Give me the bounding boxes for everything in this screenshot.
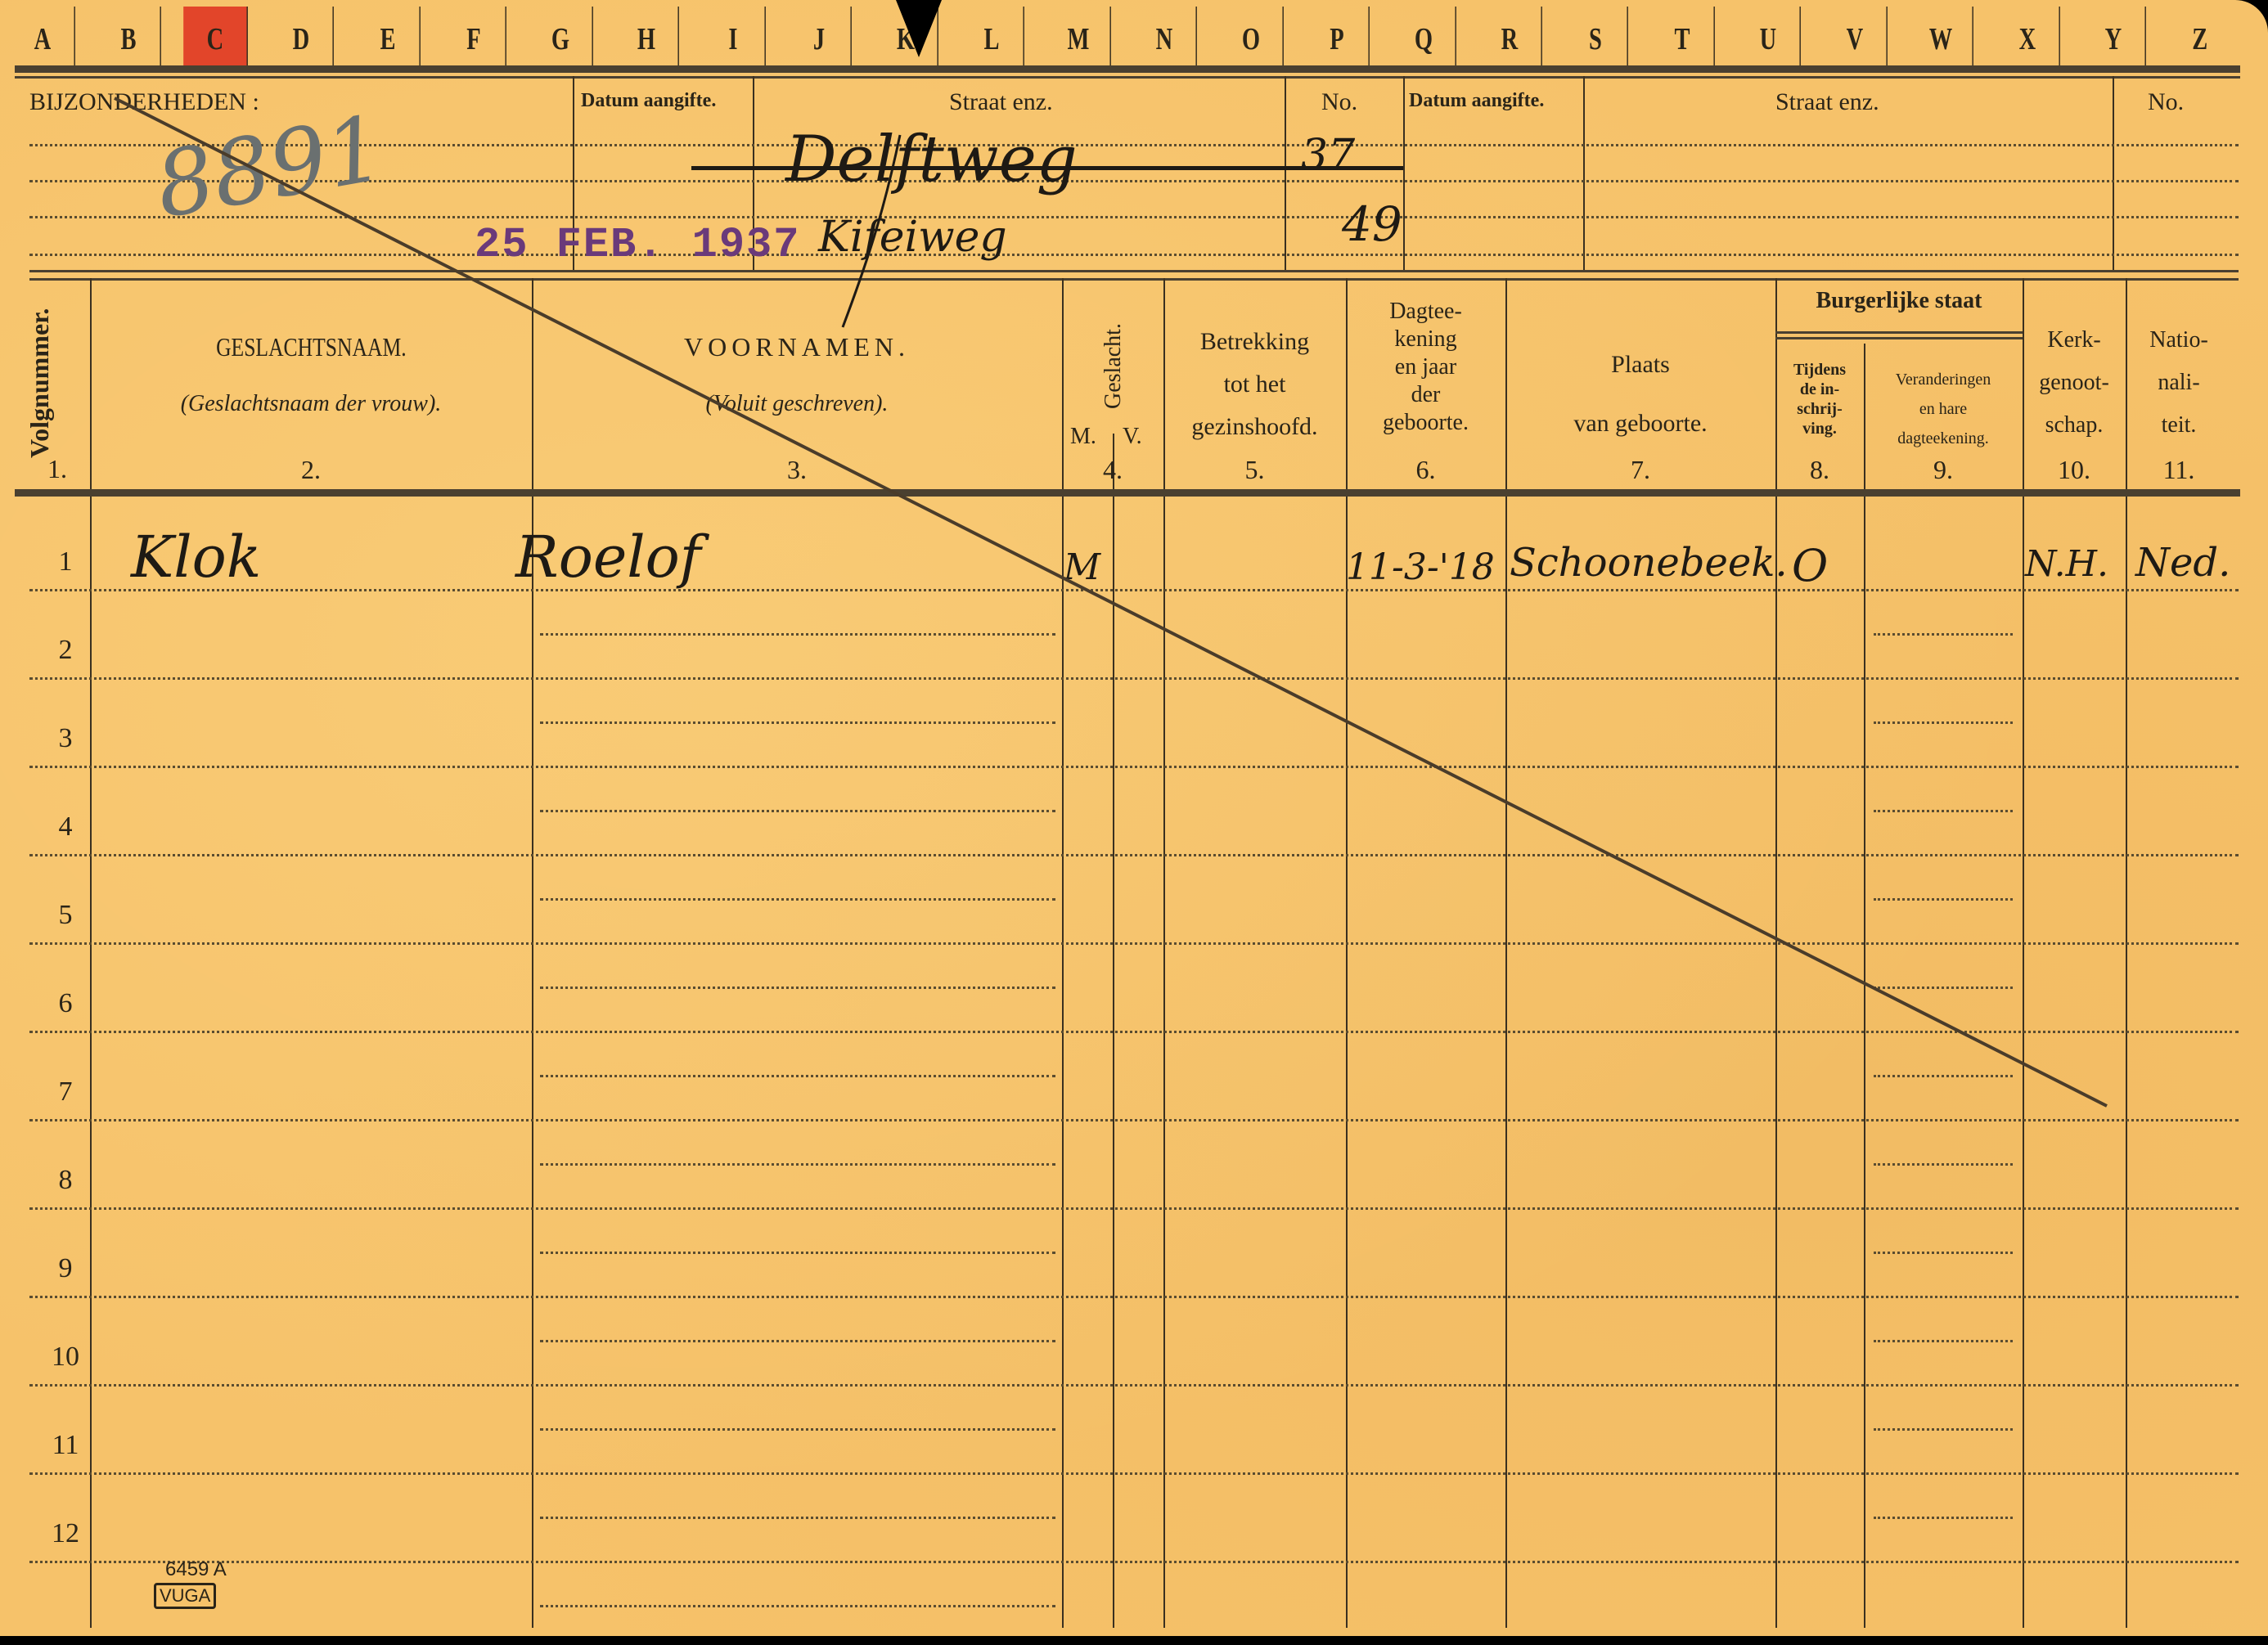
column-header-kerkgenootschap: Kerk-genoot-schap.	[2023, 319, 2126, 447]
half-row-line	[1874, 721, 2013, 724]
half-row-line	[540, 898, 1055, 901]
tab-s[interactable]: S	[1564, 7, 1629, 72]
tab-h[interactable]: H	[614, 7, 679, 72]
row-line	[29, 1296, 2239, 1298]
row-line	[29, 589, 2239, 591]
street-entry-1-struck: Delftweg	[785, 123, 1078, 196]
cell-kerkgenootschap: N.H.	[2025, 543, 2108, 585]
column-number-7: 7.	[1505, 455, 1775, 485]
row-number: 5	[49, 900, 82, 931]
half-row-line	[1874, 1075, 2013, 1077]
half-row-line	[1874, 1163, 2013, 1166]
row-number: 12	[49, 1518, 82, 1549]
row-number: 7	[49, 1076, 82, 1108]
datum-aangifte-label-left: Datum aangifte.	[581, 90, 716, 112]
cell-nationaliteit: Ned.	[2135, 540, 2230, 586]
cancellation-line	[0, 0, 2268, 1645]
row-line	[29, 1031, 2239, 1033]
row-line	[29, 1119, 2239, 1121]
row-number: 3	[49, 723, 82, 754]
column-subheader-voornamen: (Voluit geschreven).	[532, 391, 1062, 417]
tab-q[interactable]: Q	[1392, 7, 1456, 72]
cell-burgerlijke-staat: O	[1792, 540, 1828, 591]
divider	[1583, 76, 1585, 272]
tab-notch-marker-icon	[896, 0, 942, 57]
divider	[1775, 337, 2023, 339]
tab-f[interactable]: F	[443, 7, 507, 72]
row-line	[29, 942, 2239, 945]
publisher-mark: VUGA	[154, 1583, 216, 1609]
half-row-line	[1874, 633, 2013, 636]
column-number-8: 8.	[1775, 455, 1864, 485]
column-header-nationaliteit: Natio-nali-teit.	[2126, 319, 2232, 447]
register-card: A B C D E F G H I J K L M N O P Q R S T …	[0, 0, 2268, 1636]
cell-geboorteplaats: Schoonebeek.	[1510, 540, 1788, 586]
column-header-geslachtsnaam: GESLACHTSNAAM.	[90, 332, 532, 362]
house-number-entry-1: 37	[1301, 131, 1355, 180]
tab-g[interactable]: G	[529, 7, 593, 72]
column-number-10: 10.	[2023, 455, 2126, 485]
tab-n[interactable]: N	[1132, 7, 1197, 72]
half-row-line	[540, 633, 1055, 636]
tab-m[interactable]: M	[1046, 7, 1111, 72]
column-header-geslacht: Geslacht.	[1100, 323, 1127, 409]
cell-geslacht: M	[1064, 546, 1100, 588]
column-number-2: 2.	[90, 455, 532, 485]
row-line	[29, 1207, 2239, 1210]
column-subheader-geslachtsnaam: (Geslachtsnaam der vrouw).	[90, 391, 532, 417]
form-number: 6459 A	[165, 1558, 227, 1581]
column-header-tijdens-inschrijving: Tijdensde in-schrij-ving.	[1775, 360, 1864, 438]
tab-r[interactable]: R	[1478, 7, 1542, 72]
half-row-line	[540, 1075, 1055, 1077]
column-divider	[1864, 344, 1865, 1628]
half-row-line	[540, 987, 1055, 989]
tab-j[interactable]: J	[787, 7, 852, 72]
half-row-line	[540, 1163, 1055, 1166]
no-label-right: No.	[2148, 88, 2184, 116]
row-line	[29, 854, 2239, 856]
alphabet-tab-strip: A B C D E F G H I J K L M N O P Q R S T …	[0, 7, 2242, 72]
datum-aangifte-label-right: Datum aangifte.	[1409, 90, 1544, 112]
tab-p[interactable]: P	[1305, 7, 1370, 72]
row-number: 10	[49, 1342, 82, 1373]
row-number: 1	[49, 546, 82, 578]
house-number-entry-2: 49	[1342, 196, 1402, 252]
tab-a[interactable]: A	[11, 7, 75, 72]
no-label-left: No.	[1321, 88, 1357, 116]
tab-u[interactable]: U	[1737, 7, 1802, 72]
column-number-6: 6.	[1346, 455, 1505, 485]
half-row-line	[540, 721, 1055, 724]
half-row-line	[1874, 1428, 2013, 1431]
half-row-line	[1874, 810, 2013, 812]
bijzonderheden-label: BIJZONDERHEDEN :	[29, 88, 259, 116]
row-number: 6	[49, 988, 82, 1019]
row-line	[29, 766, 2239, 768]
column-header-veranderingen: Veranderingenen haredagteekening.	[1864, 365, 2023, 453]
straat-label-left: Straat enz.	[949, 88, 1053, 116]
tab-v[interactable]: V	[1823, 7, 1888, 72]
row-number: 9	[49, 1253, 82, 1284]
half-row-line	[1874, 987, 2013, 989]
dotted-line	[29, 254, 2239, 256]
divider	[1285, 76, 1286, 272]
column-number-9: 9.	[1864, 455, 2023, 485]
half-row-line	[540, 1605, 1055, 1607]
straat-label-right: Straat enz.	[1775, 88, 1879, 116]
row-number: 11	[49, 1430, 82, 1461]
row-line	[29, 1472, 2239, 1475]
divider	[1775, 331, 2023, 334]
half-row-line	[1874, 1340, 2013, 1342]
divider	[15, 76, 2240, 79]
cell-voornamen: Roelof	[515, 524, 701, 591]
tab-y[interactable]: Y	[2081, 7, 2146, 72]
dotted-line	[29, 216, 2239, 218]
column-header-betrekking: Betrekkingtot hetgezinshoofd.	[1163, 321, 1346, 448]
divider	[2113, 76, 2114, 272]
tab-i[interactable]: I	[701, 7, 766, 72]
column-header-voornamen: VOORNAMEN.	[532, 332, 1062, 362]
tab-c-highlighted[interactable]: C	[183, 7, 248, 72]
column-number-3: 3.	[532, 455, 1062, 485]
column-number-1: 1.	[47, 454, 67, 484]
strikethrough	[691, 166, 1403, 170]
half-row-line	[540, 1340, 1055, 1342]
tab-z[interactable]: Z	[2168, 7, 2232, 72]
geslacht-m-label: M.	[1070, 424, 1096, 450]
column-header-volgnummer: Volgnummer.	[25, 308, 55, 458]
half-row-line	[1874, 1517, 2013, 1519]
cell-geboortedatum: 11-3-'18	[1346, 546, 1495, 588]
half-row-line	[540, 1252, 1055, 1254]
column-number-11: 11.	[2126, 455, 2232, 485]
column-header-dagteekening: Dagtee-keningen jaardergeboorte.	[1346, 298, 1505, 437]
cell-geslachtsnaam: Klok	[131, 524, 261, 591]
date-stamp: 25 FEB. 1937	[475, 221, 800, 269]
tab-x[interactable]: X	[1996, 7, 2060, 72]
tab-o[interactable]: O	[1219, 7, 1284, 72]
tab-t[interactable]: T	[1650, 7, 1715, 72]
half-row-line	[540, 1428, 1055, 1431]
divider	[15, 489, 2240, 497]
divider	[1403, 76, 1405, 272]
row-line	[29, 677, 2239, 680]
divider	[29, 270, 2239, 272]
divider	[15, 65, 2240, 73]
half-row-line	[1874, 1252, 2013, 1254]
half-row-line	[540, 810, 1055, 812]
half-row-line	[1874, 898, 2013, 901]
tab-d[interactable]: D	[270, 7, 335, 72]
geslacht-v-label: V.	[1123, 424, 1142, 450]
tab-l[interactable]: L	[960, 7, 1024, 72]
column-group-burgerlijke-staat: Burgerlijke staat	[1775, 288, 2023, 314]
row-number: 2	[49, 635, 82, 666]
tab-w[interactable]: W	[1909, 7, 1973, 72]
row-number: 4	[49, 811, 82, 843]
row-number: 8	[49, 1165, 82, 1196]
column-header-plaats-van-geboorte: Plaatsvan geboorte.	[1505, 335, 1775, 453]
tab-e[interactable]: E	[356, 7, 421, 72]
row-line	[29, 1384, 2239, 1387]
street-entry-2: Kifeiweg	[818, 213, 1007, 262]
column-number-4: 4.	[1062, 455, 1163, 485]
column-number-5: 5.	[1163, 455, 1346, 485]
row-line	[29, 1561, 2239, 1563]
half-row-line	[540, 1517, 1055, 1519]
divider	[29, 278, 2239, 281]
tab-b[interactable]: B	[97, 7, 162, 72]
